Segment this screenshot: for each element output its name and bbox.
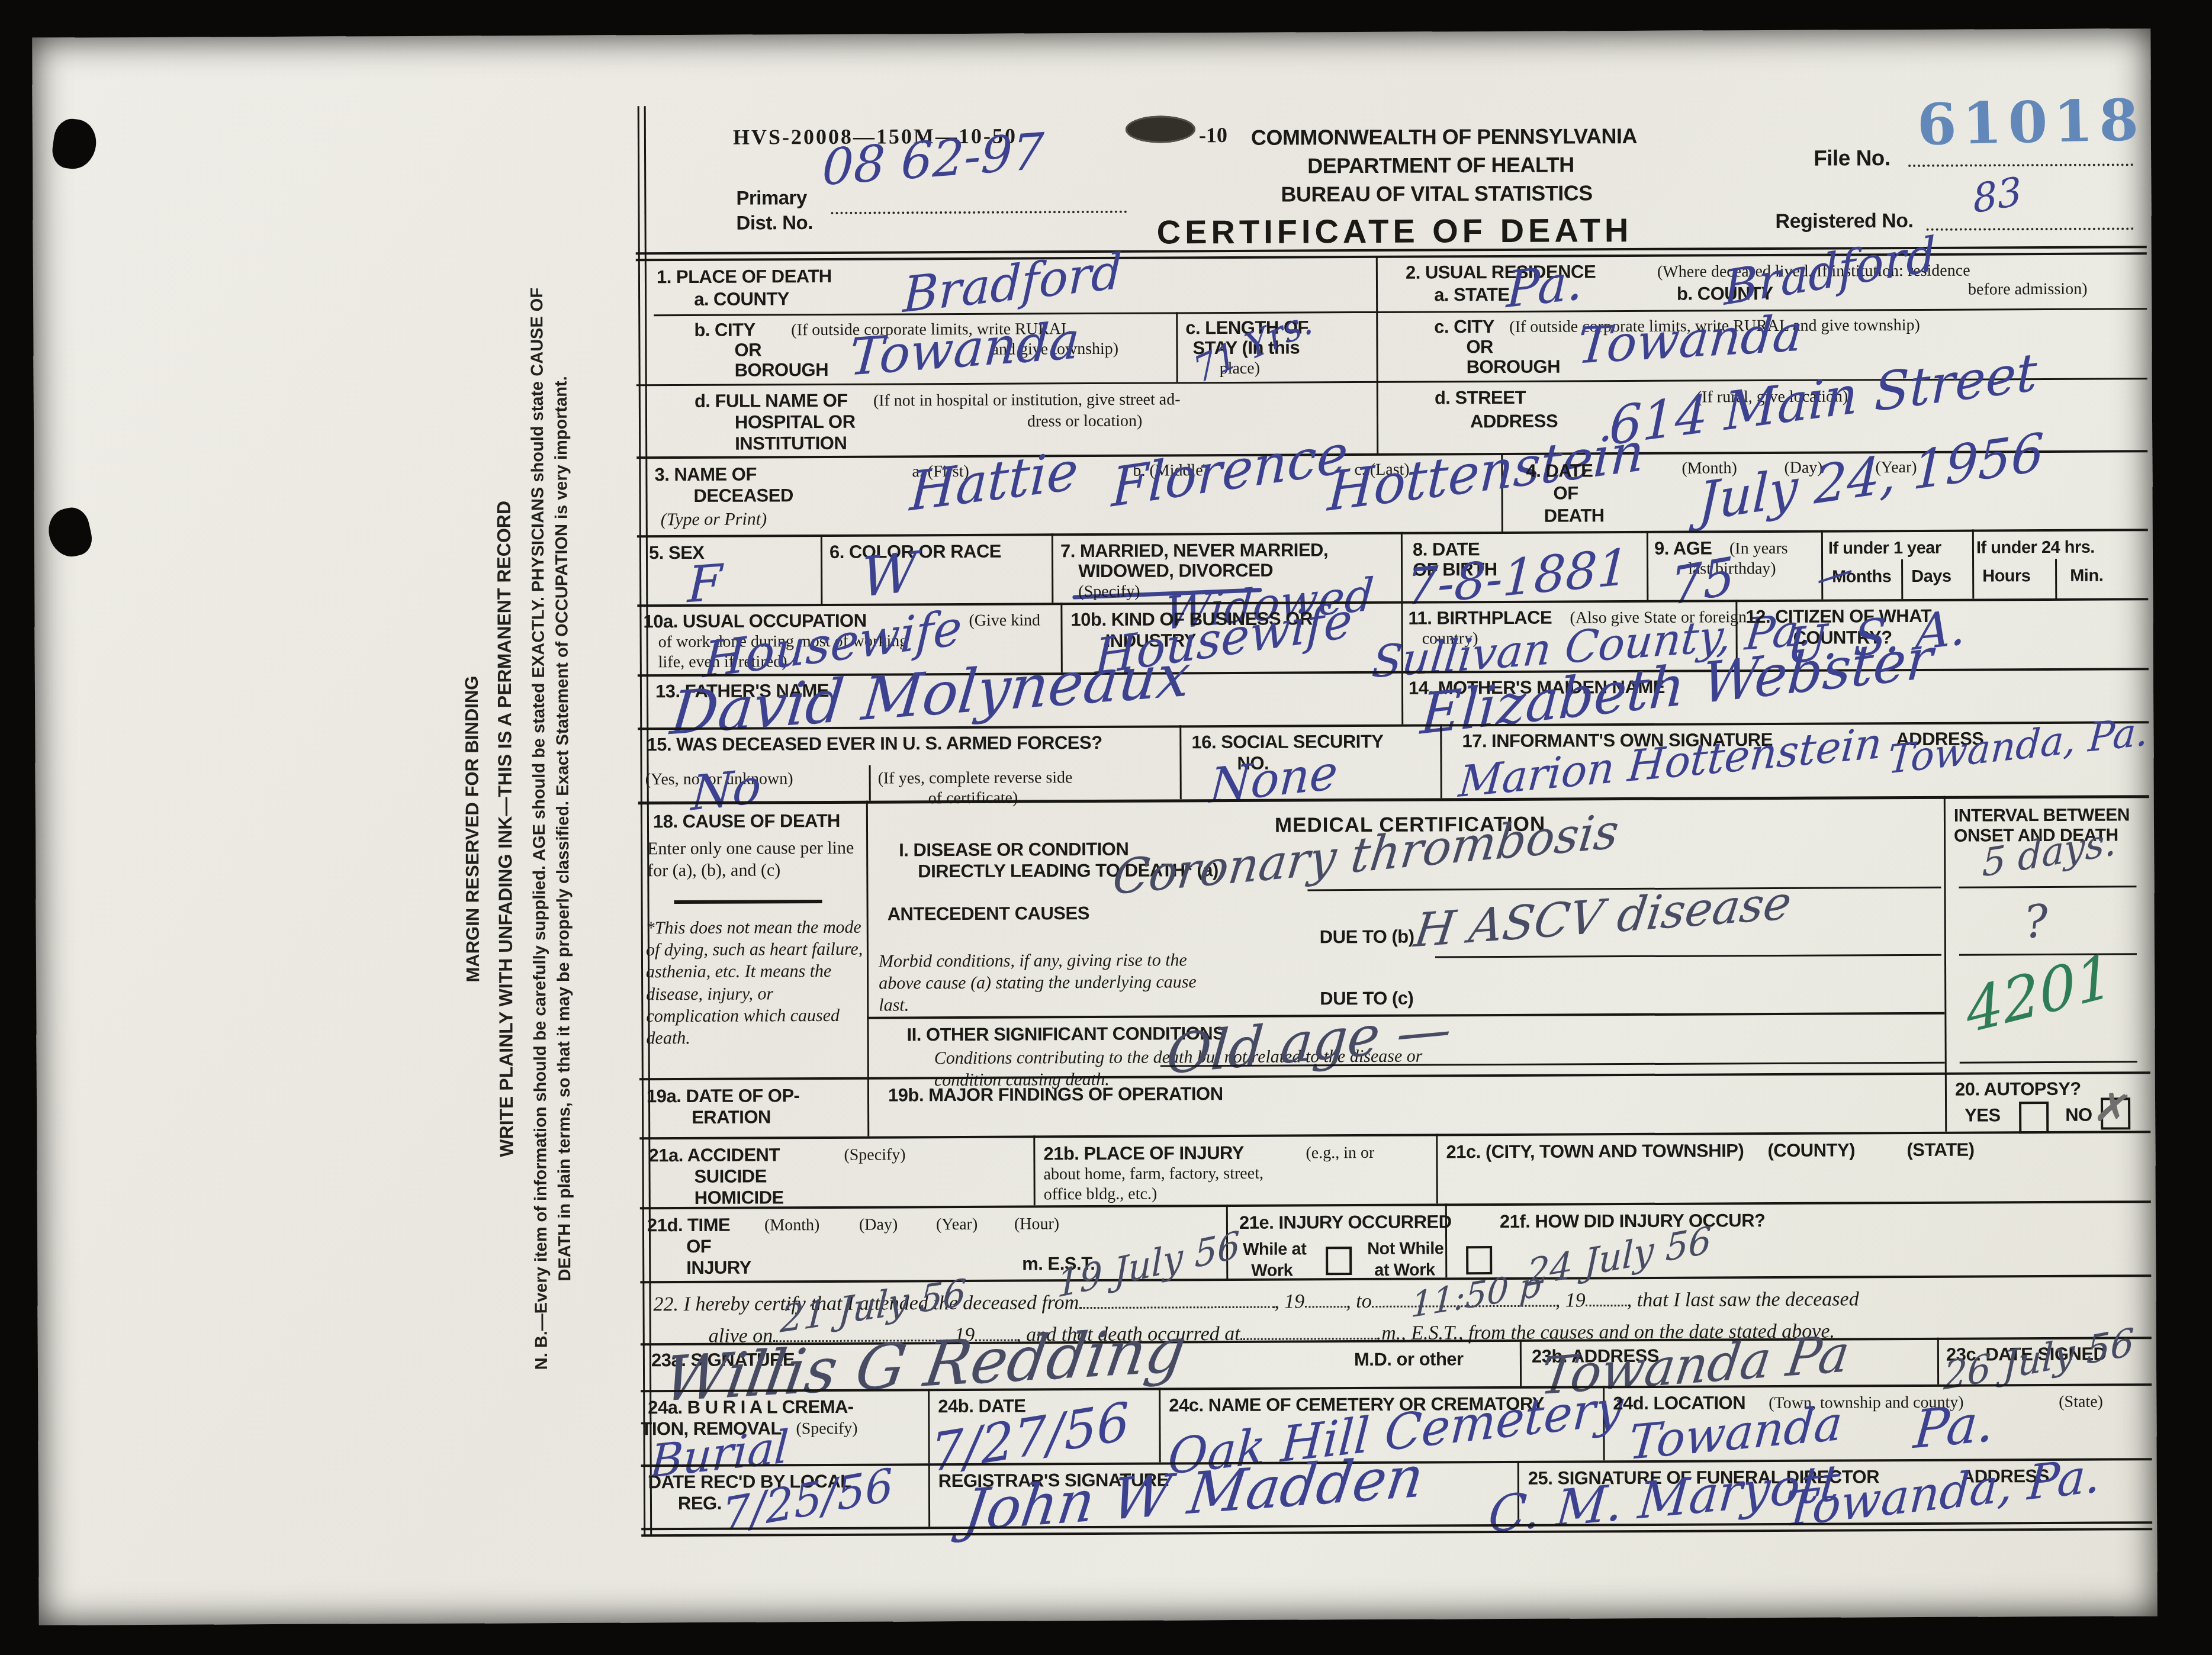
field-9-min-label: Min. <box>2070 566 2103 586</box>
margin-binding-text: MARGIN RESERVED FOR BINDING <box>459 663 486 994</box>
field-9-hours-label: Hours <box>1982 566 2030 586</box>
autopsy-yes-checkbox <box>2019 1102 2049 1134</box>
primary-dist-rule <box>831 211 1127 214</box>
field-4-title-1: 4. DATE <box>1526 461 1593 481</box>
field-21d-label-3: INJURY <box>686 1258 751 1279</box>
margin-permanent-text: WRITE PLAINLY WITH UNFADING INK—THIS IS … <box>491 503 520 1154</box>
field-18-morbid-note: Morbid conditions, if any, giving rise t… <box>879 949 1228 1016</box>
code-4201-value: 4201 <box>1963 946 2116 1042</box>
field-2a-value: Pa. <box>1506 256 1583 315</box>
field-1d-label-1: d. FULL NAME OF <box>695 391 848 412</box>
field-1d-label-2: HOSPITAL OR <box>735 412 856 433</box>
field-1a-label: a. COUNTY <box>694 289 789 310</box>
union-label-suffix: -10 <box>1199 123 1227 147</box>
field-23a-md-label: M.D. or other <box>1354 1349 1464 1370</box>
field-19b-label: 19b. MAJOR FINDINGS OF OPERATION <box>888 1084 1223 1106</box>
certificate-form: HVS-20008—150M—10-50 -10 COMMONWEALTH OF… <box>635 28 2155 1622</box>
margin-nb-line2: DEATH in plain terms, so that it may be … <box>548 246 579 1412</box>
field-18-note-rule <box>674 900 822 904</box>
field-3-title-2: DECEASED <box>693 485 793 506</box>
field-15-value: No <box>690 762 763 818</box>
field-15-paren-3: of certificate) <box>928 789 1018 809</box>
field-24d-state-value: Pa. <box>1912 1396 1996 1456</box>
file-no-value: 61018 <box>1917 92 2145 153</box>
field-21e-while-1: While at <box>1243 1239 1306 1259</box>
field-6-value: W <box>860 545 918 606</box>
field-21b-paren-3: office bldg., etc.) <box>1044 1185 1158 1205</box>
while-at-work-checkbox <box>1326 1247 1352 1275</box>
field-21b-label: 21b. PLACE OF INJURY <box>1043 1143 1244 1164</box>
field-2-paren-2: before admission) <box>1968 280 2088 300</box>
field-3-title-3: (Type or Print) <box>661 508 767 530</box>
file-no-rule <box>1908 163 2133 167</box>
field-19a-label-2: ERATION <box>692 1107 771 1128</box>
registered-no-rule <box>1927 227 2134 231</box>
field-21b-paren-1: (e.g., in or <box>1306 1144 1374 1163</box>
field-21d-year: (Year) <box>936 1215 978 1234</box>
field-2d-label-2: ADDRESS <box>1470 411 1558 432</box>
field-21e-label: 21e. INJURY OCCURRED <box>1239 1212 1452 1233</box>
field-2c-label-3: BOROUGH <box>1467 357 1561 378</box>
header-department: DEPARTMENT OF HEALTH <box>1307 153 1574 178</box>
interval-value-b: ? <box>2023 899 2050 945</box>
field-18-note-2: *This does not mean the mode of dying, s… <box>646 916 864 1049</box>
field-1d-paren-2: dress or location) <box>1027 412 1143 432</box>
dotted-blank <box>1304 1288 1346 1308</box>
certify-text-d: , 19 <box>1555 1289 1586 1311</box>
field-2c-value: Towanda <box>1576 308 1804 371</box>
field-1b-label-1: b. CITY <box>694 320 755 340</box>
field-7-label-2: WIDOWED, DIVORCED <box>1078 561 1273 582</box>
field-20-yes-label: YES <box>1965 1105 2001 1126</box>
field-18b-value: H ASCV disease <box>1412 880 1794 954</box>
field-21d-label-2: OF <box>686 1237 711 1257</box>
field-1d-paren-1: (If not in hospital or institution, give… <box>873 390 1181 410</box>
scanned-death-certificate-photo: MARGIN RESERVED FOR BINDING WRITE PLAINL… <box>0 0 2212 1655</box>
field-18-due-b-label: DUE TO (b) <box>1320 927 1414 948</box>
dotted-blank <box>1240 1320 1377 1340</box>
field-9-label-1b: (In years <box>1729 539 1788 558</box>
field-21c-state-label: (STATE) <box>1906 1140 1974 1161</box>
field-21d-label-1: 21d. TIME <box>647 1215 730 1236</box>
punch-hole-bottom <box>44 504 95 561</box>
field-3-title-1: 3. NAME OF <box>654 464 757 485</box>
field-4-value: July 24, 1956 <box>1697 426 2044 529</box>
field-21d-day: (Day) <box>859 1215 898 1234</box>
field-2d-label-1: d. STREET <box>1435 388 1526 408</box>
field-21e-not-1: Not While <box>1367 1239 1443 1258</box>
field-24d-state-label: (State) <box>2059 1393 2103 1412</box>
field-1-title: 1. PLACE OF DEATH <box>657 266 832 288</box>
union-label-icon <box>1126 115 1195 143</box>
field-21a-label-2: SUICIDE <box>694 1166 766 1187</box>
field-1b-label-2: OR <box>734 340 761 360</box>
field-2b-value: Bradford <box>1723 230 1936 313</box>
primary-dist-label-2: Dist. No. <box>736 212 813 234</box>
field-18-note-1: Enter only one cause per line for (a), (… <box>647 837 860 882</box>
field-21e-not-2: at Work <box>1374 1261 1435 1280</box>
field-9-under-day-label: If under 24 hrs. <box>1976 538 2095 558</box>
field-21f-label: 21f. HOW DID INJURY OCCUR? <box>1500 1210 1766 1232</box>
field-21c-label: 21c. (CITY, TOWN AND TOWNSHIP) <box>1446 1141 1744 1163</box>
field-9-days-label: Days <box>1911 567 1951 587</box>
field-7-label-3: (Specify) <box>1078 582 1140 601</box>
field-2c-label-2: OR <box>1466 337 1493 358</box>
field-15-label: 15. WAS DECEASED EVER IN U. S. ARMED FOR… <box>647 733 1102 755</box>
document-title: CERTIFICATE OF DEATH <box>1156 212 1632 251</box>
field-21a-label-1: 21a. ACCIDENT <box>648 1145 780 1166</box>
primary-dist-value: 08 62-97 <box>821 126 1044 192</box>
field-5-value: F <box>687 557 723 610</box>
field-20-no-label: NO <box>2065 1105 2092 1126</box>
primary-dist-label-1: Primary <box>736 187 807 209</box>
field-24a-specify: (Specify) <box>796 1419 857 1438</box>
field-18-disease-label-1: I. DISEASE OR CONDITION <box>899 839 1128 861</box>
field-7-label-1: 7. MARRIED, NEVER MARRIED, <box>1060 540 1328 562</box>
field-18-title: 18. CAUSE OF DEATH <box>653 811 840 832</box>
field-21b-paren-2: about home, farm, factory, street, <box>1043 1164 1263 1184</box>
header-bureau: BUREAU OF VITAL STATISTICS <box>1281 181 1593 207</box>
field-15-paren-2: (If yes, complete reverse side <box>878 768 1073 788</box>
registered-no-label: Registered No. <box>1775 210 1913 233</box>
certify-text-b: , 19 <box>1274 1290 1304 1312</box>
certificate-paper: MARGIN RESERVED FOR BINDING WRITE PLAINL… <box>32 28 2158 1625</box>
field-3-middle-value: Florence <box>1111 427 1349 515</box>
dotted-blank <box>1586 1287 1627 1306</box>
certify-text-e: , that I last saw the deceased <box>1627 1288 1859 1311</box>
field-21e-while-2: Work <box>1251 1261 1293 1281</box>
punch-hole-top <box>50 117 99 172</box>
header-commonwealth: COMMONWEALTH OF PENNSYLVANIA <box>1251 124 1637 150</box>
field-21d-hour: (Hour) <box>1014 1215 1059 1234</box>
field-18-antecedent-label: ANTECEDENT CAUSES <box>888 903 1089 925</box>
field-9-value: 75 <box>1670 550 1735 613</box>
date-recd-label-2: REG. <box>678 1493 722 1514</box>
not-while-at-work-checkbox <box>1466 1246 1492 1274</box>
field-21a-label-3: HOMICIDE <box>695 1187 784 1208</box>
field-1b-label-3: BOROUGH <box>735 360 829 381</box>
field-21c-county-label: (COUNTY) <box>1767 1140 1855 1161</box>
field-4-title-3: DEATH <box>1544 505 1605 526</box>
registered-no-value: 83 <box>1972 172 2024 220</box>
field-1b-value: Towanda <box>848 315 1081 383</box>
field-2a-label: a. STATE <box>1434 285 1510 305</box>
field-2c-label-1: c. CITY <box>1434 317 1494 337</box>
field-21d-month: (Month) <box>764 1216 819 1235</box>
field-1d-label-3: INSTITUTION <box>735 433 847 455</box>
field-10a-paren-1: (Give kind <box>969 611 1040 630</box>
certify-text-c: , to <box>1346 1290 1372 1312</box>
field-4-title-2: OF <box>1553 483 1578 504</box>
field-20-label: 20. AUTOPSY? <box>1955 1079 2081 1100</box>
field-19a-label-1: 19a. DATE OF OP- <box>647 1086 800 1107</box>
field-21a-specify: (Specify) <box>844 1145 905 1164</box>
field-24a-label-1: 24a. B U R I A L CREMA- <box>648 1397 854 1418</box>
file-no-label: File No. <box>1814 146 1891 170</box>
